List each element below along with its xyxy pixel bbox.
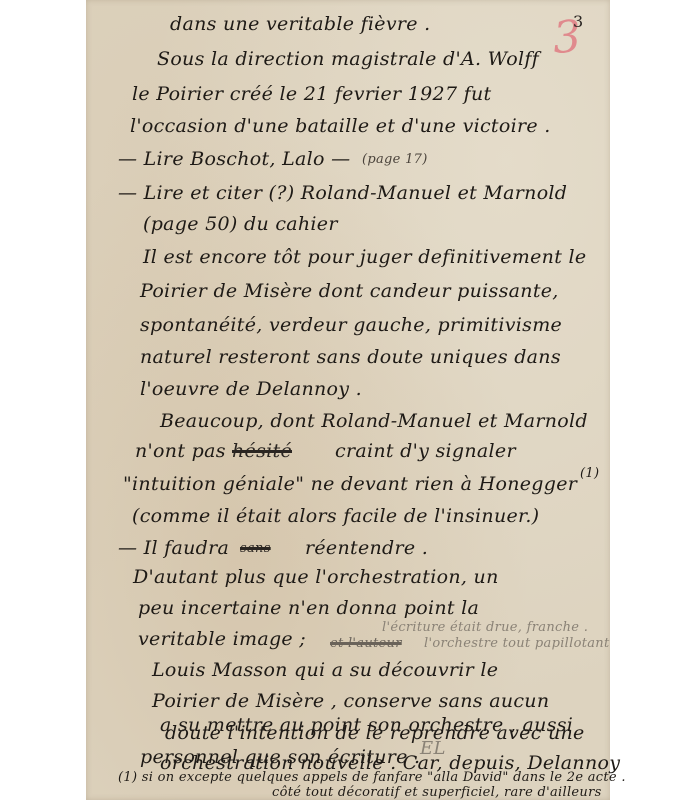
struck-word: sans: [240, 541, 271, 556]
text-line: — Il faudra: [118, 537, 229, 559]
text-line: (page 50) du cahier: [143, 213, 338, 235]
text-line: l'occasion d'une bataille et d'une victo…: [130, 115, 551, 137]
text-line: Il est encore tôt pour juger definitivem…: [143, 246, 586, 268]
text-line: D'autant plus que l'orchestration, un: [133, 566, 499, 588]
struck-pencil-text: et l'auteur: [330, 636, 402, 651]
text-line: Poirier de Misère dont candeur puissante…: [140, 280, 559, 302]
text-line: a su mettre au point son orchestre , aus…: [160, 714, 573, 736]
text-line: naturel resteront sans doute uniques dan…: [140, 346, 561, 368]
text-line: spontanéité, verdeur gauche, primitivism…: [140, 314, 562, 336]
page-reference: (page 17): [362, 152, 428, 167]
text-line: l'oeuvre de Delannoy .: [140, 378, 362, 400]
text-line: le Poirier créé le 21 fevrier 1927 fut: [132, 83, 491, 105]
text-line: — Lire Boschot, Lalo —: [118, 148, 350, 170]
text-line: (comme il était alors facile de l'insinu…: [132, 505, 539, 527]
text-line: Beaucoup, dont Roland-Manuel et Marnold: [160, 410, 588, 432]
text-line: peu incertaine n'en donna point la: [138, 597, 479, 619]
text-line: dans une veritable fièvre .: [170, 13, 431, 35]
pencil-initials: EL: [420, 738, 446, 759]
footnote-marker: (1): [580, 466, 599, 481]
text-line: — Lire et citer (?) Roland-Manuel et Mar…: [118, 182, 567, 204]
pencil-note: l'orchestre tout papillotant: [424, 636, 610, 651]
page-number-ink: 3: [573, 12, 583, 31]
pencil-note: l'écriture était drue, franche .: [382, 620, 588, 635]
text-line: veritable image ;: [138, 628, 306, 650]
text-line: Poirier de Misère , conserve sans aucun: [152, 690, 549, 712]
text-line: réentendre .: [305, 537, 428, 559]
text-line: craint d'y signaler: [335, 440, 516, 462]
footnote-line: (1) si on excepte quelques appels de fan…: [118, 770, 626, 785]
text-line: "intuition géniale" ne devant rien à Hon…: [123, 473, 577, 495]
text-line: Sous la direction magistrale d'A. Wolff: [157, 48, 539, 70]
text-line: n'ont pas: [135, 440, 226, 462]
footnote-line: côté tout décoratif et superficiel, rare…: [272, 785, 602, 800]
struck-word: hésité: [232, 440, 292, 462]
text-line: personnel que son écriture .: [140, 746, 420, 768]
text-line: Louis Masson qui a su découvrir le: [152, 659, 498, 681]
